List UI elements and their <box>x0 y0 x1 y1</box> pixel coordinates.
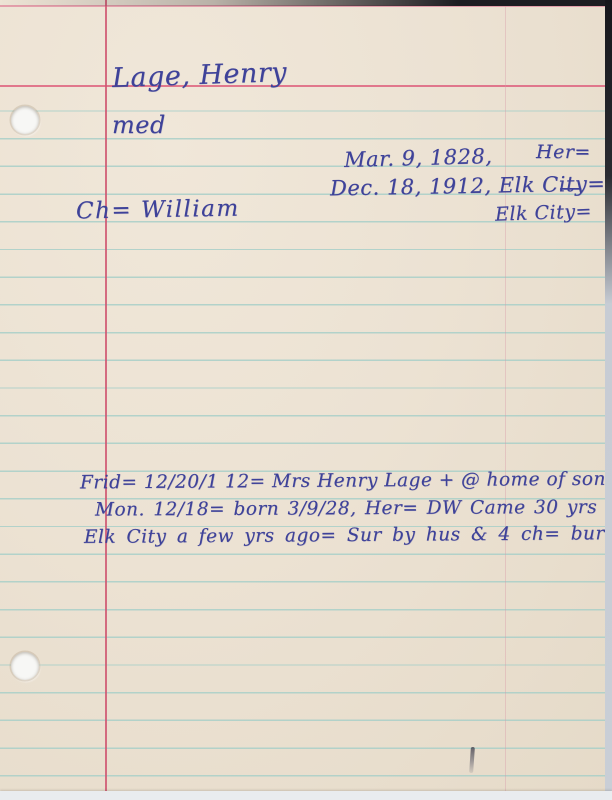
obit-line-3: Elk City a few yrs ago= Sur by hus & 4 c… <box>84 523 612 548</box>
note-med: med <box>112 111 166 139</box>
left-margin-line <box>105 0 107 800</box>
name-heading: Lage, Henry <box>112 57 288 94</box>
obit-line-1: Frid= 12/20/1 12= Mrs Henry Lage + @ hom… <box>80 468 612 494</box>
place-elk-city: Elk City= <box>495 200 593 225</box>
scan-edge-top <box>0 0 612 6</box>
obit-line-1-text: Frid= 12/20/1 12= Mrs Henry Lage + @ hom… <box>80 468 612 493</box>
her-source-label: Her= <box>536 141 591 163</box>
hole-punch-bottom <box>11 652 39 680</box>
dash-mark: — <box>559 175 583 201</box>
scan-edge-right <box>605 0 612 800</box>
scanned-notebook-page: Lage, Henry med Mar. 9, 1828, Her= Dec. … <box>0 0 612 800</box>
children-line: Ch= William <box>76 196 240 225</box>
birth-date: Mar. 9, 1828, <box>344 144 493 172</box>
faint-vertical-line <box>505 0 506 800</box>
scan-edge-bottom <box>0 791 612 800</box>
header-rule-line <box>0 85 612 87</box>
obit-line-2: Mon. 12/18= born 3/9/28, Her= DW Came 30… <box>95 496 612 520</box>
hole-punch-top <box>11 106 39 134</box>
